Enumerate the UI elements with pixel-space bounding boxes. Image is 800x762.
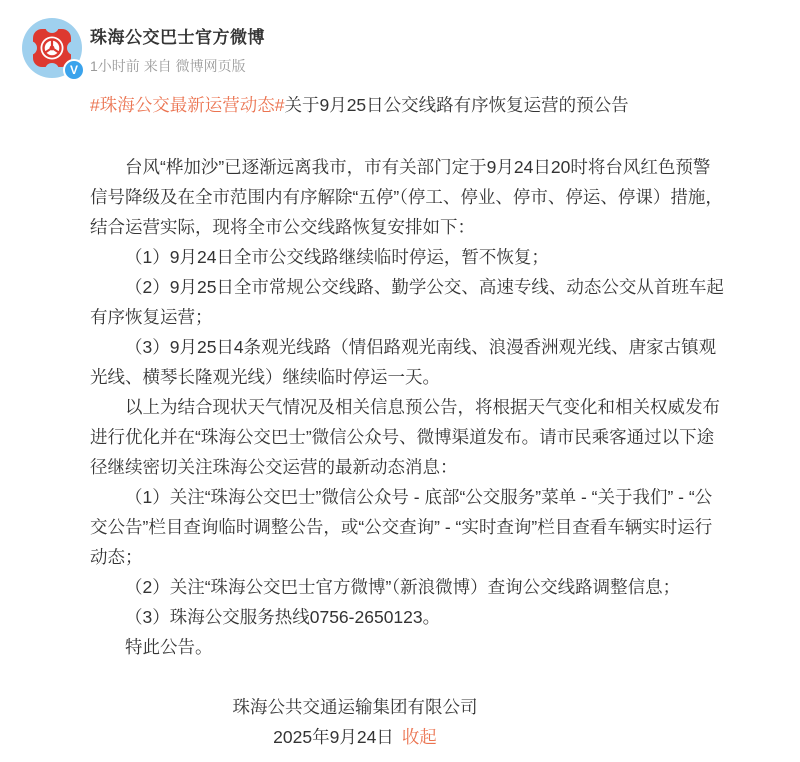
post-paragraph: （1）9月24日全市公交线路继续临时停运，暂不恢复； bbox=[90, 242, 725, 272]
company-signature: 珠海公共交通运输集团有限公司 bbox=[90, 692, 620, 722]
post-body: 台风“桦加沙”已逐渐远离我市，市有关部门定于9月24日20时将台风红色预警信号降… bbox=[90, 152, 725, 662]
post-paragraph: （2）关注“珠海公交巴士官方微博”（新浪微博）查询公交线路调整信息； bbox=[90, 572, 725, 602]
post-paragraph: （3）珠海公交服务热线0756-2650123。 bbox=[90, 602, 725, 632]
post-title-text: 关于9月25日公交线路有序恢复运营的预公告 bbox=[284, 95, 628, 115]
date-line: 2025年9月24日收起 bbox=[90, 722, 620, 752]
avatar[interactable]: V bbox=[22, 18, 82, 78]
source-link[interactable]: 微博网页版 bbox=[176, 58, 246, 74]
source-prefix: 来自 bbox=[144, 58, 172, 74]
author-name[interactable]: 珠海公交巴士官方微博 bbox=[90, 20, 725, 48]
post-paragraph: （3）9月25日4条观光线路（情侣路观光南线、浪漫香洲观光线、唐家古镇观光线、横… bbox=[90, 332, 725, 392]
post-meta: 1小时前 来自 微博网页版 bbox=[90, 58, 725, 74]
weibo-post-page: V 珠海公交巴士官方微博 1小时前 来自 微博网页版 #珠海公交最新运营动态#关… bbox=[0, 0, 800, 762]
post-title: #珠海公交最新运营动态#关于9月25日公交线路有序恢复运营的预公告 bbox=[90, 92, 725, 118]
weibo-post: V 珠海公交巴士官方微博 1小时前 来自 微博网页版 #珠海公交最新运营动态#关… bbox=[0, 0, 800, 752]
topic-hashtag-link[interactable]: #珠海公交最新运营动态# bbox=[90, 95, 284, 115]
post-paragraph: 以上为结合现状天气情况及相关信息预公告，将根据天气变化和相关权威发布进行优化并在… bbox=[90, 392, 725, 482]
post-paragraph: （2）9月25日全市常规公交线路、勤学公交、高速专线、动态公交从首班车起有序恢复… bbox=[90, 272, 725, 332]
post-footer: 珠海公共交通运输集团有限公司 2025年9月24日收起 bbox=[90, 692, 620, 752]
post-paragraph: （1）关注“珠海公交巴士”微信公众号 - 底部“公交服务”菜单 - “关于我们”… bbox=[90, 482, 725, 572]
post-paragraph: 特此公告。 bbox=[90, 632, 725, 662]
post-timestamp[interactable]: 1小时前 bbox=[90, 58, 140, 74]
verified-icon: V bbox=[63, 59, 85, 81]
collapse-link[interactable]: 收起 bbox=[402, 727, 437, 747]
post-paragraph: 台风“桦加沙”已逐渐远离我市，市有关部门定于9月24日20时将台风红色预警信号降… bbox=[90, 152, 725, 242]
post-date: 2025年9月24日 bbox=[273, 727, 394, 747]
